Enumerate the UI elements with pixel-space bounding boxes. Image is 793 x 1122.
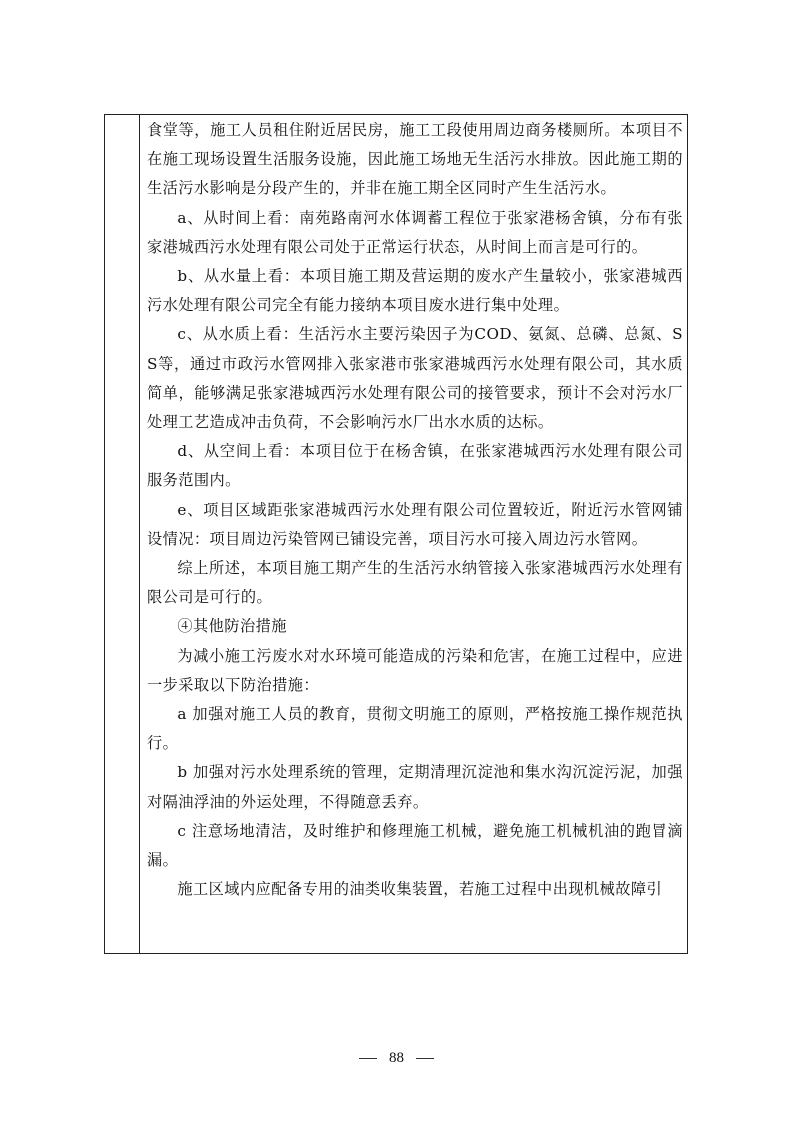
paragraph-measure-b: b 加强对污水处理系统的管理，定期清理沉淀池和集水沟沉淀污泥，加强对隔油浮油的外… [147, 758, 683, 816]
paragraph-conclusion: 综上所述，本项目施工期产生的生活污水纳管接入张家港城西污水处理有限公司是可行的。 [147, 554, 683, 612]
content-table: 食堂等，施工人员租住附近居民房，施工工段使用周边商务楼厕所。本项目不在施工现场设… [104, 114, 688, 954]
paragraph-volume-aspect: b、从水量上看：本项目施工期及营运期的废水产生量较小，张家港城西污水处理有限公司… [147, 262, 683, 320]
table-content-cell: 食堂等，施工人员租住附近居民房，施工工段使用周边商务楼厕所。本项目不在施工现场设… [147, 115, 683, 904]
dash-right [416, 1058, 434, 1059]
table-label-column [105, 115, 140, 953]
paragraph-quality-aspect: c、从水质上看：生活污水主要污染因子为COD、氨氮、总磷、总氮、SS等，通过市政… [147, 320, 683, 437]
paragraph-location-aspect: e、项目区域距张家港城西污水处理有限公司位置较近，附近污水管网铺设情况：项目周边… [147, 496, 683, 554]
paragraph-intro: 食堂等，施工人员租住附近居民房，施工工段使用周边商务楼厕所。本项目不在施工现场设… [147, 116, 683, 204]
page-number: 88 [389, 1050, 404, 1066]
paragraph-time-aspect: a、从时间上看：南苑路南河水体调蓄工程位于张家港杨舍镇，分布有张家港城西污水处理… [147, 204, 683, 262]
paragraph-oil-collection: 施工区域内应配备专用的油类收集装置，若施工过程中出现机械故障引 [147, 875, 683, 904]
paragraph-space-aspect: d、从空间上看：本项目位于在杨舍镇，在张家港城西污水处理有限公司服务范围内。 [147, 437, 683, 495]
paragraph-measures-intro: 为减小施工污废水对水环境可能造成的污染和危害，在施工过程中，应进一步采取以下防治… [147, 642, 683, 700]
dash-left [359, 1058, 377, 1059]
page-footer: 88 [0, 1050, 793, 1067]
paragraph-measure-a: a 加强对施工人员的教育，贯彻文明施工的原则，严格按施工操作规范执行。 [147, 700, 683, 758]
paragraph-measure-c: c 注意场地清洁，及时维护和修理施工机械，避免施工机械机油的跑冒滴漏。 [147, 817, 683, 875]
section-heading-other-measures: ④其他防治措施 [147, 612, 683, 641]
